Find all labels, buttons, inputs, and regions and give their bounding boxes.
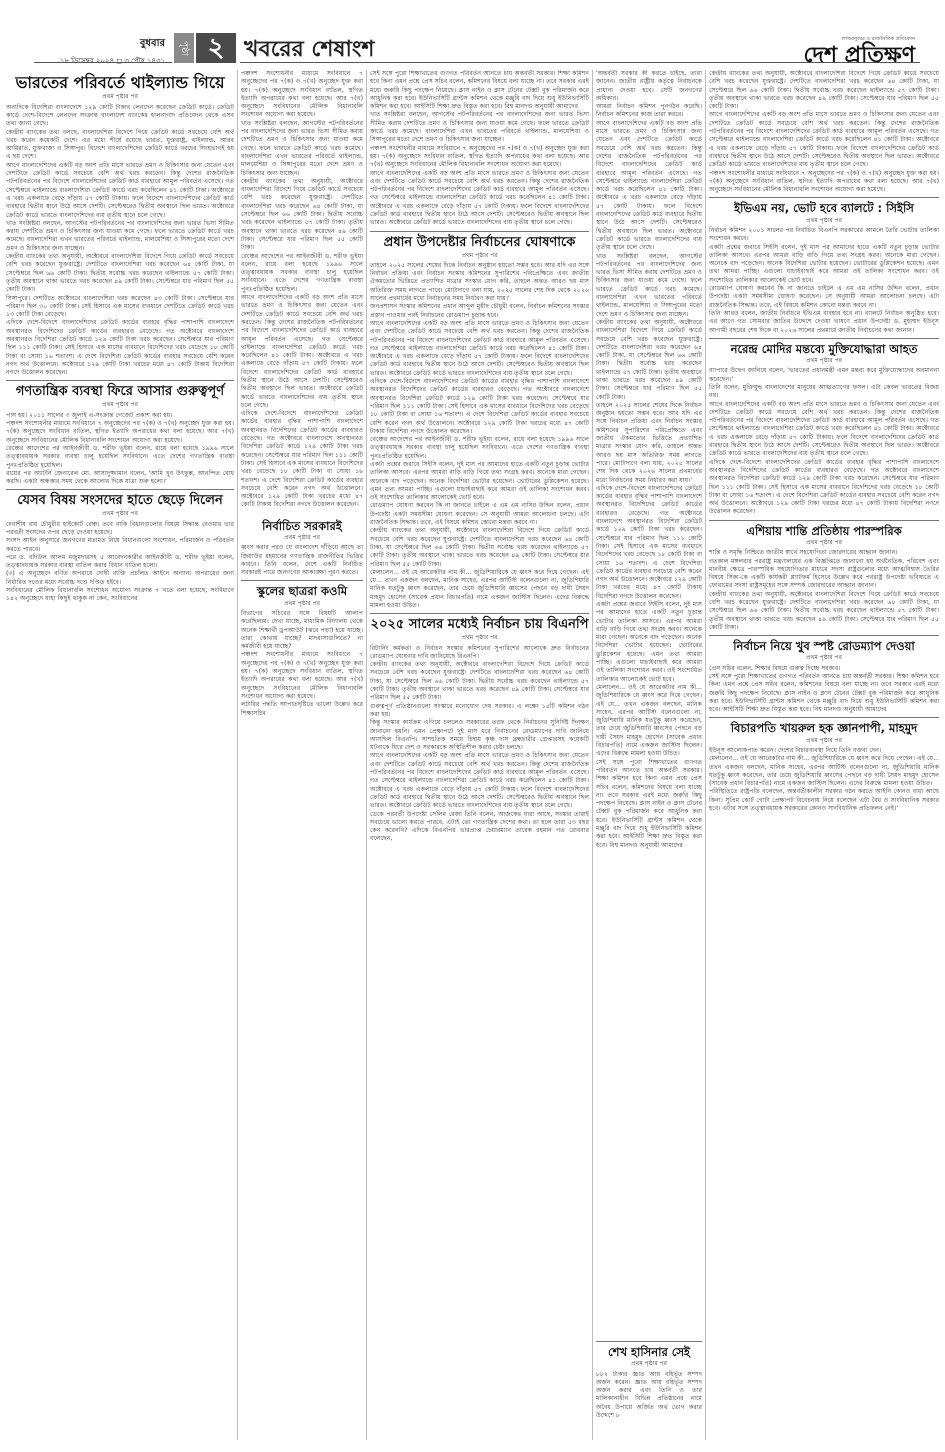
article-paragraph: খাত সংশ্লিষ্টরা বলছেন, আগস্টের পটপরিবর্ত… — [6, 220, 234, 253]
article-paragraph: এদিকে দেশে-বিদেশে বাংলাদেশিদের ক্রেডিট ক… — [6, 319, 234, 377]
logo-name: দেশ প্রতিক্ষণ — [803, 44, 915, 68]
column-divider — [705, 70, 706, 1440]
article-headline: ইভিএম নয়, ভোট হবে ব্যালটে : সিইসি — [709, 202, 939, 215]
continued-label: প্রথম পৃষ্ঠার পর — [370, 634, 589, 642]
article-paragraph: কেন্দ্রীয় ব্যাংকের তথ্য অনুযায়ী, অক্টো… — [709, 591, 939, 632]
column-divider — [366, 70, 367, 1440]
article-paragraph: অন্যদিকে বিদেশিরা বাংলাদেশে ১২৯ কোটি টাক… — [6, 104, 234, 129]
article-divider — [709, 635, 939, 636]
article-paragraph: কেন্দ্রীয় ব্যাংকের তথ্য বলছে, বাংলাদেশি… — [6, 129, 234, 162]
article-paragraph: প্রেস সচিব বলেন, শিক্ষার বিষয়ে গুরুত্ব … — [709, 665, 939, 673]
article-paragraph: এদিকে দেশে-বিদেশে বাংলাদেশিদের ক্রেডিট ক… — [596, 485, 702, 601]
continued-label: প্রথম পৃষ্ঠার পর — [6, 510, 234, 518]
article-paragraph: মেলালেন... ওই যে আরেকটার নাম কী... জুডিশ… — [370, 569, 589, 610]
article-paragraph: গতকাল মঙ্গলবার পররাষ্ট্র মন্ত্রণালয়ের এ… — [709, 558, 939, 591]
article-headline: নির্বাচিত সরকারই — [241, 520, 363, 533]
continued-label: প্রথম পৃষ্ঠার পর — [370, 252, 589, 260]
continued-label: প্রথম পৃষ্ঠার পর — [709, 654, 939, 662]
page-number: ২ — [196, 33, 236, 63]
article-ec-announce: প্রধান উপদেষ্টার নির্বাচনের ঘোষণাকে প্রথ… — [370, 236, 589, 611]
article-paragraph: আগে বাংলাদেশিদের একটি বড় অংশ প্রতি মাসে… — [370, 170, 589, 228]
article-thailand: ভারতের পরিবর্তে থাইল্যান্ড গিয়ে প্রথম প… — [6, 74, 234, 377]
article-paragraph: গুরুত্বপূর্ণ প্রতিষ্ঠানগুলো সংস্কারে মনো… — [370, 703, 589, 720]
article-paragraph: বেঞ্চের আদেশের পর আইনজীবী ড. শরীফ ভূইয়া… — [241, 253, 363, 294]
article-paragraph: সেই সঙ্গে পুরো শিক্ষাখাতের গুণগত পরিবর্ত… — [370, 70, 589, 111]
article-divider — [709, 717, 939, 718]
article-paragraph: তাহলে ২০২৫ সালের শেষের দিকে নির্বাচন অনু… — [370, 262, 589, 303]
article-divider — [709, 338, 939, 339]
article-paragraph: আগে বাংলাদেশিদের একটি বড় অংশ প্রতি মাসে… — [6, 162, 234, 220]
article-justice: বিচারপতি খায়রুল হক জ্ঞানপাপী, মাহমুদ প্… — [709, 722, 939, 813]
article-headline: বিচারপতি খায়রুল হক জ্ঞানপাপী, মাহমুদ — [709, 722, 939, 735]
continued-label: প্রথম পৃষ্ঠার পর — [709, 357, 939, 365]
article-headline: যেসব বিষয় সংসদের হাতে ছেড়ে দিলেন — [6, 494, 234, 509]
column-1: ভারতের পরিবর্তে থাইল্যান্ড গিয়ে প্রথম প… — [6, 70, 234, 1440]
masthead: বুধবার ১৮ ডিসেম্বর ২০২৪ ◻ ৩ পৌষ ১৪৩১ পৃষ… — [0, 0, 945, 60]
article-paragraph: বেঞ্চের আদেশের পর আইনজীবী ড. শরীফ ভূইয়া… — [6, 445, 234, 470]
article-paragraph: রিটার্নিং কর্মকর্তা ও নির্বাচন সংস্কার ক… — [370, 645, 589, 662]
article-paragraph: পরিস্থিতিতে রাষ্ট্রপতি বলেছেন, অন্তর্বর্… — [709, 788, 939, 813]
article-divider — [370, 231, 589, 232]
column-4: 'অন্তর্বর্তী সরকার কী করতে চাইছে, তারা জ… — [596, 70, 702, 1440]
article-paragraph: রোডম্যাপ ঘোষণা করবেন কি না জানতে চাইলে এ… — [709, 285, 939, 310]
article-paragraph: একটা প্রশ্নের জবাবে সিইসি বলেন, দুই মাস … — [596, 601, 702, 684]
article-paragraph: বেঞ্চের আদেশের পর আইনজীবী ড. শরীফ ভূইয়া… — [370, 436, 589, 461]
article-paragraph: সেই সঙ্গে পুরো শিক্ষাখাতের গুণগত পরিবর্ত… — [709, 673, 939, 714]
article-paragraph: একটা প্রশ্নের জবাবে সিইসি বলেন, দুই মাস … — [709, 244, 939, 285]
continued-label: প্রথম পৃষ্ঠার পর — [241, 534, 363, 542]
article-divider — [241, 580, 363, 581]
article-paragraph: খাত সংশ্লিষ্টরা বলছেন, আগস্টের পটপরিবর্ত… — [370, 111, 589, 144]
article-headline: গণতান্ত্রিক ব্যবস্থা ফিরে আসার গুরুত্বপূ… — [6, 385, 234, 400]
article-paragraph: পঞ্চদশ সংশোধনীর মাধ্যমে সংবিধানে ৭ অনুচ্… — [370, 145, 589, 170]
article-headline: এশিয়ায় শান্তি প্রতিষ্ঠায় পারস্পরিক — [709, 525, 939, 538]
continued-label: প্রথম পৃষ্ঠার পর — [596, 1360, 702, 1368]
article-paragraph: কিন্তু সংস্কার কার্যক্রম এগিয়ে চললেও সর… — [370, 719, 589, 752]
article-paragraph: পঞ্চদশ সংশোধনীর মাধ্যমে সংবিধানে ৭ অনুচ্… — [6, 420, 234, 445]
article-paragraph: পঞ্চদশ সংশোধনীর মাধ্যমে সংবিধানে ৭ অনুচ্… — [241, 651, 363, 701]
article-paragraph: পঞ্চদশ সংশোধনীর মাধ্যমে সংবিধানে ৭ অনুচ্… — [241, 70, 363, 120]
column-3: সেই সঙ্গে পুরো শিক্ষাখাতের গুণগত পরিবর্ত… — [370, 70, 589, 1440]
article-roadmap: নির্বাচন নিয়ে খুব স্পষ্ট রোডম্যাপ দেওয়… — [709, 640, 939, 714]
article-paragraph: আগে বাংলাদেশিদের একটি বড় অংশ প্রতি মাসে… — [370, 752, 589, 810]
article-paragraph: মেলালেন... ওই যে আরেকটার নাম কী... জুডিশ… — [709, 755, 939, 788]
article-headline: ২০২৫ সালের মধ্যেই নির্বাচন চায় বিএনপি — [370, 618, 589, 633]
article-paragraph: বিভাগের সচিবের সঙ্গে বিষয়টি আলাপ করেছিল… — [241, 610, 363, 651]
article-paragraph: পঞ্চদশ সংশোধনীর মাধ্যমে সংবিধানে ৭ অনুচ্… — [709, 170, 939, 195]
article-paragraph: কেন্দ্রীয় ব্যাংকের তথ্য অনুযায়ী, অক্টো… — [596, 319, 702, 402]
article-paragraph: আগে বাংলাদেশিদের একটি বড় অংশ প্রতি মাসে… — [709, 401, 939, 459]
article-headline: প্রধান উপদেষ্টার নির্বাচনের ঘোষণাকে — [370, 236, 589, 251]
article-democracy: গণতান্ত্রিক ব্যবস্থা ফিরে আসার গুরুত্বপূ… — [6, 385, 234, 486]
article-paragraph: লটারির পদ্ধতি আপাতদৃষ্টিতে ভালো উল্লেখ ক… — [241, 701, 363, 718]
article-paragraph: (৩) এ অনুচ্ছেদে বর্ণিত অপরাধে দোষী ব্যক্… — [6, 570, 234, 587]
article-paragraph: শান্তি ও সমৃদ্ধি নিশ্চিতে জাতীয় স্বার্থ… — [709, 549, 939, 557]
column-divider — [237, 70, 238, 1440]
article-paragraph: আমরা নির্বাচন কমিশন পুনর্গঠন করেছি। নির্… — [596, 103, 702, 120]
article-parliament: যেসব বিষয় সংসদের হাতে ছেড়ে দিলেন প্রথম… — [6, 494, 234, 603]
article-divider — [6, 489, 234, 490]
article-headline: শেখ হাসিনার সেই — [596, 1346, 702, 1359]
article-paragraph: তাহলে ২০২৫ সালের শেষের দিকে নির্বাচন অনু… — [596, 402, 702, 485]
newspaper-logo: লাখমানুষের ও রাজনৈতিক প্রতিবেদন দেশ প্রত… — [803, 36, 915, 68]
article-paragraph: কেন্দ্রীয় ব্যাংকের তথ্য অনুযায়ী, অক্টো… — [241, 178, 363, 253]
article-elected-govt: নির্বাচিত সরকারই প্রথম পৃষ্ঠার পর ধ্বংস … — [241, 520, 363, 578]
article-paragraph: আগে বাংলাদেশিদের একটি বড় অংশ প্রতি মাসে… — [370, 320, 589, 378]
article-paragraph: আগে বাংলাদেশিদের একটি বড় অংশ প্রতি মাসে… — [241, 294, 363, 410]
article-paragraph: 'অন্তর্বর্তী সরকার কী করতে চাইছে, তারা জ… — [596, 70, 702, 103]
article-divider — [709, 520, 939, 521]
article-students: স্কুলের ছাত্ররা কওমি প্রথম পৃষ্ঠার পর বি… — [241, 585, 363, 717]
column-divider — [592, 70, 593, 1440]
article-paragraph: ব্যাপারে উদ্বেগ জানিয়ে বলেন, 'ভারতের প্… — [709, 367, 939, 384]
masthead-rule-left — [34, 62, 172, 63]
article-paragraph: সিঙ্গাপুরে। দেশটিতে অক্টোবরে বাংলাদেশিরা… — [6, 295, 234, 320]
article-paragraph: তিনি বলেন, মুক্তিযুদ্ধ বাংলাদেশের মানুষে… — [709, 384, 939, 401]
article-divider — [596, 1341, 702, 1342]
article-paragraph: পাস হয়। ২০১১ সালের ৩ জুলাই এ-সংক্রান্ত … — [6, 412, 234, 420]
continued-label: প্রথম পৃষ্ঠার পর — [241, 600, 363, 608]
article-paragraph: এদিকে দেশে-বিদেশে বাংলাদেশিদের ক্রেডিট ক… — [709, 459, 939, 517]
article-evm: ইভিএম নয়, ভোট হবে ব্যালটে : সিইসি প্রথম… — [709, 202, 939, 334]
article-divider — [370, 613, 589, 614]
issue-date: ১৮ ডিসেম্বর ২০২৪ ◻ ৩ পৌষ ১৪৩১ — [60, 55, 165, 67]
article-paragraph: একটা প্রশ্নের জবাবে সিইসি বলেন, দুই মাস … — [370, 461, 589, 502]
article-paragraph: খাত সংশ্লিষ্টরা বলছেন, আগস্টের পটপরিবর্ত… — [596, 253, 702, 319]
article-headline: নির্বাচন নিয়ে খুব স্পষ্ট রোডম্যাপ দেওয়… — [709, 640, 939, 653]
article-paragraph: খাত সংশ্লিষ্টরা বলছেন, আগস্টের পটপরিবর্ত… — [241, 120, 363, 178]
article-hasina: শেখ হাসিনার সেই প্রথম পৃষ্ঠার পর ৮৮২ টাক… — [596, 1338, 702, 1448]
article-paragraph: তিনি আরও বলেন, জাতীয় নির্বাচনে ইভিএম ব্… — [709, 310, 939, 335]
article-paragraph: দেবাশীষ রায় চৌধুরীর হাইকোর্ট বেঞ্চ। তবে… — [6, 521, 234, 538]
article-asia: এশিয়ায় শান্তি প্রতিষ্ঠায় পারস্পরিক প্… — [709, 525, 939, 632]
article-paragraph: এদিকে দেশে-বিদেশে বাংলাদেশিদের ক্রেডিট ক… — [241, 410, 363, 510]
continued-label: প্রথম পৃষ্ঠার পর — [6, 401, 234, 409]
article-modi: নরেন্দ্র মোদির মন্তব্যে মুক্তিযোদ্ধারা আ… — [709, 343, 939, 517]
article-paragraph: আগে বাংলাদেশিদের একটি বড় অংশ প্রতি মাসে… — [709, 111, 939, 169]
article-paragraph: সংসদ আইন অনুসারে জনগণের মতামত নিয়ে বিধা… — [6, 537, 234, 554]
article-paragraph: কেন্দ্রীয় ব্যাংকের তথ্য অনুযায়ী, অক্টো… — [709, 70, 939, 111]
article-bnp-2025: ২০২৫ সালের মধ্যেই নির্বাচন চায় বিএনপি প… — [370, 618, 589, 843]
article-paragraph: কেন্দ্রীয় ব্যাংকের তথ্য অনুযায়ী, অক্টো… — [370, 661, 589, 702]
issue-day: বুধবার — [60, 36, 165, 53]
article-paragraph: কেন্দ্রীয় ব্যাংকের তথ্য অনুযায়ী, অক্টো… — [370, 527, 589, 568]
continued-label: প্রথম পৃষ্ঠার পর — [6, 93, 234, 101]
article-paragraph: আগে বাংলাদেশিদের একটি বড় অংশ প্রতি মাসে… — [596, 120, 702, 253]
continued-label: প্রথম পৃষ্ঠার পর — [709, 737, 939, 745]
article-paragraph: রোডম্যাপ ঘোষণা করবেন কি না জানতে চাইলে এ… — [370, 502, 589, 527]
article-paragraph: ধ্বংস করার পরও যে বাংলাদেশ দাঁড়িয়ে আছে… — [241, 544, 363, 577]
article-paragraph: সংবিধানের মৌলিক বিধানাবলি সংশোধন অযোগ্য … — [6, 587, 234, 604]
article-paragraph: রায়ের পর অ্যাটর্নি জেনারেল মো. আসাদুজ্জ… — [6, 470, 234, 487]
article-divider — [709, 197, 939, 198]
article-headline: নরেন্দ্র মোদির মন্তব্যে মুক্তিযোদ্ধারা আ… — [709, 343, 939, 356]
article-paragraph: পরে ড. বদিউল আলম মজুমদারসহ ৫ আবেদনকারীর … — [6, 554, 234, 571]
section-title: খবরের শেষাংশ — [244, 32, 374, 69]
article-paragraph: নির্বাচন কমিশন ২০০১ সালের পর নির্বাচিত ব… — [709, 227, 939, 244]
article-paragraph: সেই সঙ্গে পুরো শিক্ষাখাতের গুণগত পরিবর্ত… — [596, 759, 702, 850]
continued-label: প্রথম পৃষ্ঠার পর — [709, 217, 939, 225]
article-paragraph: ডেকে পরবর্তী উপদেষ্টা সেলিম রেজা তিনি বল… — [370, 811, 589, 844]
article-paragraph: ৮৮২ টাকার জ্ঞাত আয় বহির্ভূত সম্পদ অর্জন… — [596, 1371, 702, 1421]
article-paragraph: জনপ্রশাসন সংস্কার কমিশনের প্রধান আব্দুল … — [370, 303, 589, 320]
article-paragraph: মেলালেন... ওই যে আরেকটার নাম কী... জুডিশ… — [596, 684, 702, 759]
article-paragraph: কেন্দ্রীয় ব্যাংকের তথ্য অনুযায়ী, অক্টো… — [6, 253, 234, 294]
article-headline: স্কুলের ছাত্ররা কওমি — [241, 585, 363, 598]
article-divider — [6, 380, 234, 381]
article-paragraph: এদিকে দেশে-বিদেশে বাংলাদেশিদের ক্রেডিট ক… — [370, 378, 589, 436]
article-headline: ভারতের পরিবর্তে থাইল্যান্ড গিয়ে — [6, 74, 234, 92]
column-5: কেন্দ্রীয় ব্যাংকের তথ্য অনুযায়ী, অক্টো… — [709, 70, 939, 1440]
page-label: পৃষ্ঠা — [174, 33, 194, 63]
column-2: পঞ্চদশ সংশোধনীর মাধ্যমে সংবিধানে ৭ অনুচ্… — [241, 70, 363, 1440]
continued-label: প্রথম পৃষ্ঠার পর — [709, 539, 939, 547]
